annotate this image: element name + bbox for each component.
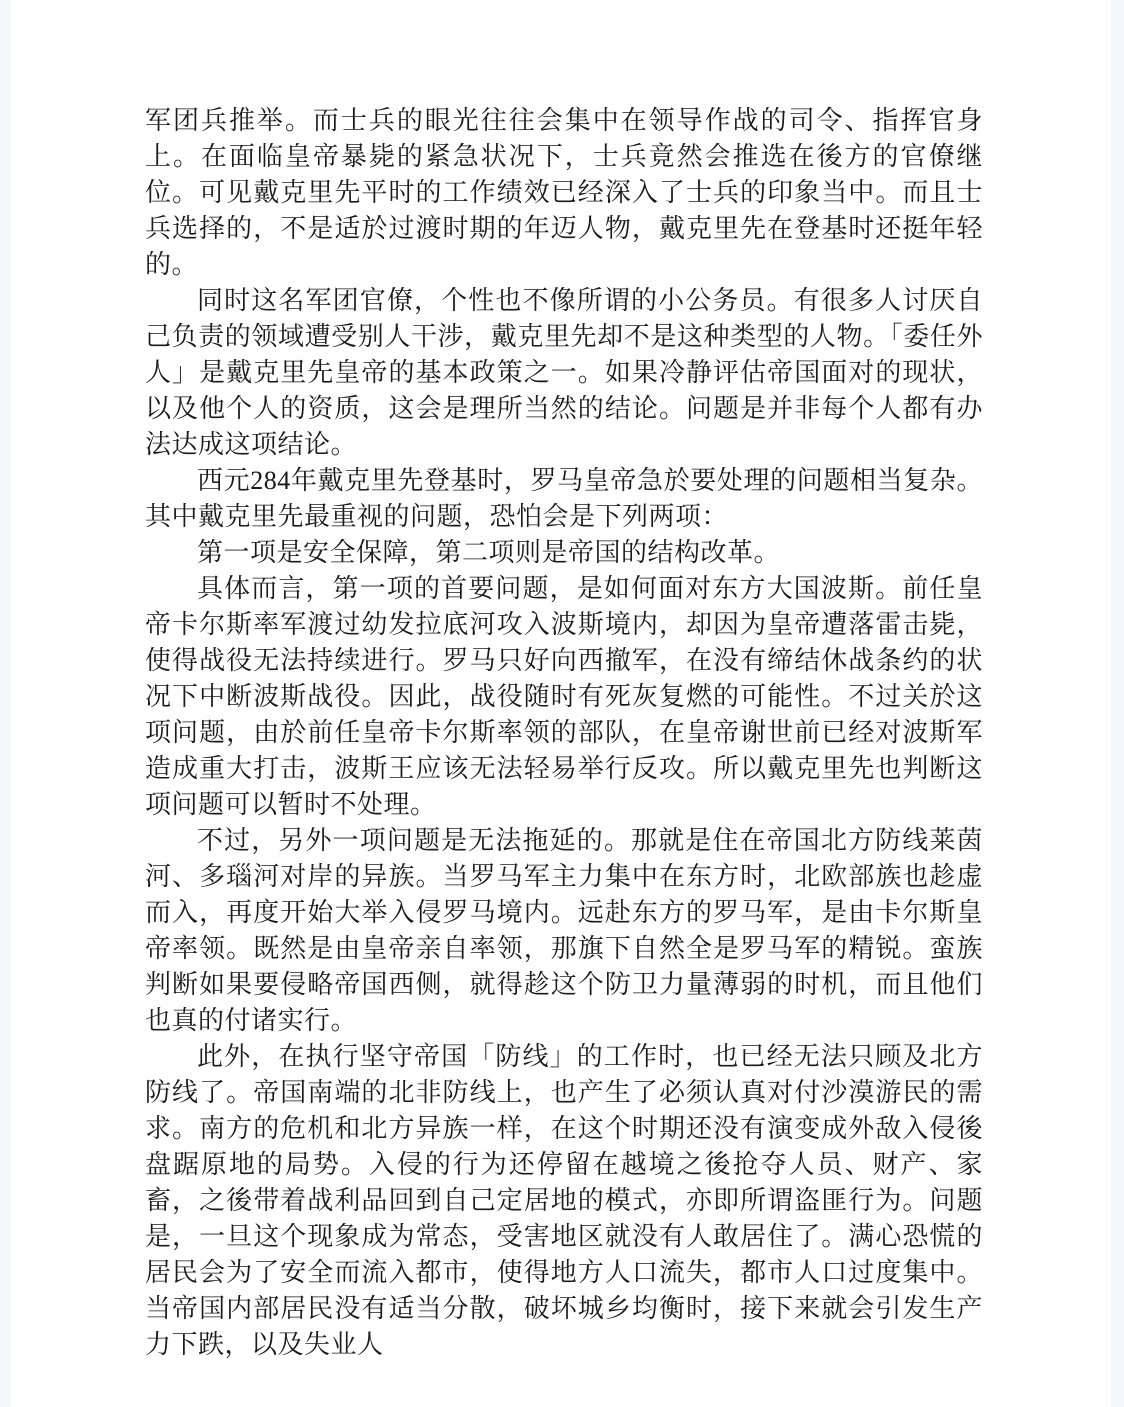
paragraph: 同时这名军团官僚，个性也不像所谓的小公务员。有很多人讨厌自己负责的领域遭受别人干… [145, 283, 983, 463]
paragraph: 西元284年戴克里先登基时，罗马皇帝急於要处理的问题相当复杂。其中戴克里先最重视… [145, 463, 983, 535]
paragraph: 第一项是安全保障，第二项则是帝国的结构改革。 [145, 535, 983, 571]
paragraph: 不过，另外一项问题是无法拖延的。那就是住在帝国北方防线莱茵河、多瑙河对岸的异族。… [145, 823, 983, 1039]
text-column: 军团兵推举。而士兵的眼光往往会集中在领导作战的司令、指挥官身上。在面临皇帝暴毙的… [145, 103, 983, 1363]
paragraph: 军团兵推举。而士兵的眼光往往会集中在领导作战的司令、指挥官身上。在面临皇帝暴毙的… [145, 103, 983, 283]
paragraph: 具体而言，第一项的首要问题，是如何面对东方大国波斯。前任皇帝卡尔斯率军渡过幼发拉… [145, 571, 983, 823]
paragraph: 此外，在执行坚守帝国「防线」的工作时，也已经无法只顾及北方防线了。帝国南端的北非… [145, 1039, 983, 1363]
book-page: 军团兵推举。而士兵的眼光往往会集中在领导作战的司令、指挥官身上。在面临皇帝暴毙的… [11, 0, 1111, 1407]
